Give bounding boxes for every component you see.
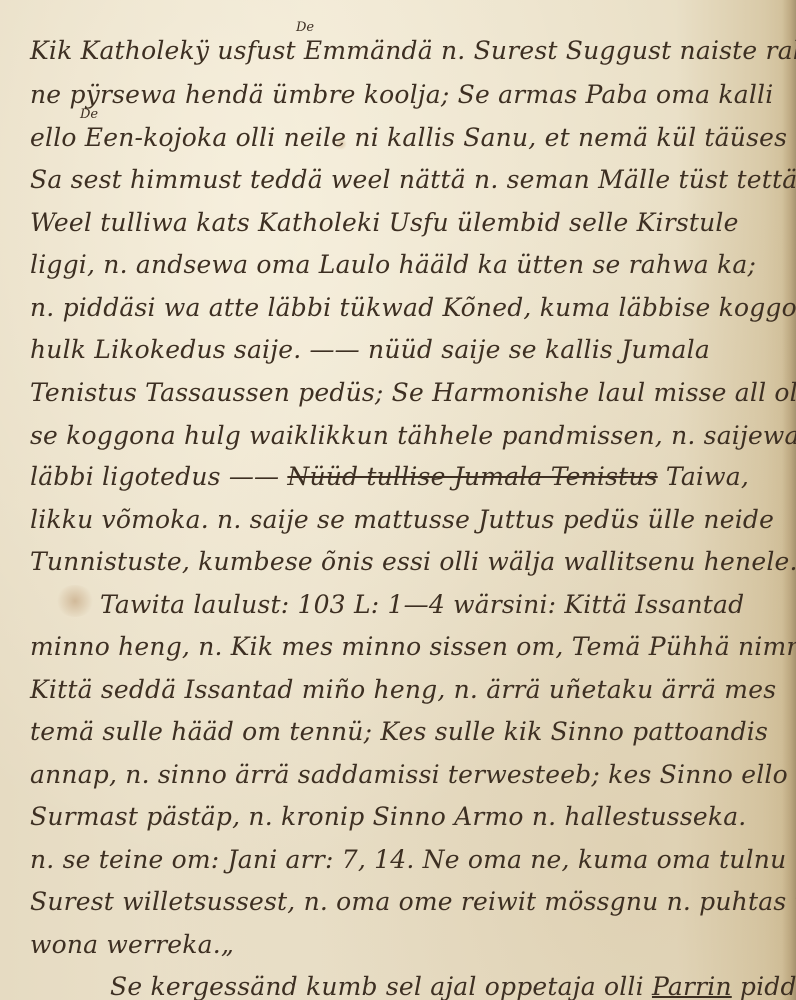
line-text: läbbi ligotedus —— [30, 462, 287, 491]
manuscript-line: annap, n. sinno ärrä saddamissi terweste… [30, 760, 788, 789]
manuscript-line: ello Een-kojoka olli neile ni kallis San… [30, 123, 787, 152]
manuscript-line: Surest willetsussest, n. oma ome reiwit … [30, 887, 796, 916]
manuscript-line: liggi, n. andsewa oma Laulo hääld ka ütt… [30, 250, 756, 279]
manuscript-line: n. piddäsi wa atte läbbi tükwad Kõned, k… [30, 293, 796, 322]
manuscript-line-with-strikethrough: läbbi ligotedus —— Nüüd tullise Jumala T… [30, 462, 749, 491]
manuscript-line: se koggona hulg waiklikkun tähhele pandm… [30, 421, 796, 450]
manuscript-line: ne pÿrsewa hendä ümbre koolja; Se armas … [30, 80, 773, 109]
manuscript-line: n. se teine om: Jani arr: 7, 14. Ne oma … [30, 845, 786, 874]
manuscript-line: temä sulle hääd om tennü; Kes sulle kik … [30, 717, 768, 746]
manuscript-line: minno heng, n. Kik mes minno sissen om, … [30, 632, 796, 661]
manuscript-page: De De Kik Katholekÿ usfust Emmändä n. Su… [0, 0, 796, 1000]
interlinear-insertion: De [80, 107, 98, 122]
underlined-name: Parrin [652, 972, 732, 1000]
manuscript-line: Kittä seddä Issantad miño heng, n. ärrä … [30, 675, 776, 704]
manuscript-line: Tunnistuste, kumbese õnis essi olli wälj… [30, 547, 796, 576]
stain-spot [55, 585, 95, 617]
line-text: piddise [732, 972, 796, 1000]
manuscript-line: likku võmoka. n. saije se mattusse Juttu… [30, 505, 774, 534]
manuscript-line: Tenistus Tassaussen pedüs; Se Harmonishe… [30, 378, 796, 407]
struck-out-text: Nüüd tullise Jumala Tenistus [287, 462, 657, 491]
manuscript-line-with-underline: Se kergessänd kumb sel ajal oppetaja oll… [110, 972, 796, 1000]
manuscript-line: Surmast pästäp, n. kronip Sinno Armo n. … [30, 802, 746, 831]
manuscript-line: wona werreka.„ [30, 930, 234, 959]
line-text: Se kergessänd kumb sel ajal oppetaja oll… [110, 972, 652, 1000]
interlinear-insertion: De [296, 20, 314, 35]
line-text: Taiwa, [658, 462, 749, 491]
manuscript-line: Sa sest himmust teddä weel nättä n. sema… [30, 165, 796, 194]
manuscript-line: Weel tulliwa kats Katholeki Usfu ülembid… [30, 208, 739, 237]
manuscript-line: hulk Likokedus saije. —— nüüd saije se k… [30, 335, 710, 364]
manuscript-line: Tawita laulust: 103 L: 1—4 wärsini: Kitt… [100, 590, 744, 619]
manuscript-line: Kik Katholekÿ usfust Emmändä n. Surest S… [30, 36, 796, 65]
